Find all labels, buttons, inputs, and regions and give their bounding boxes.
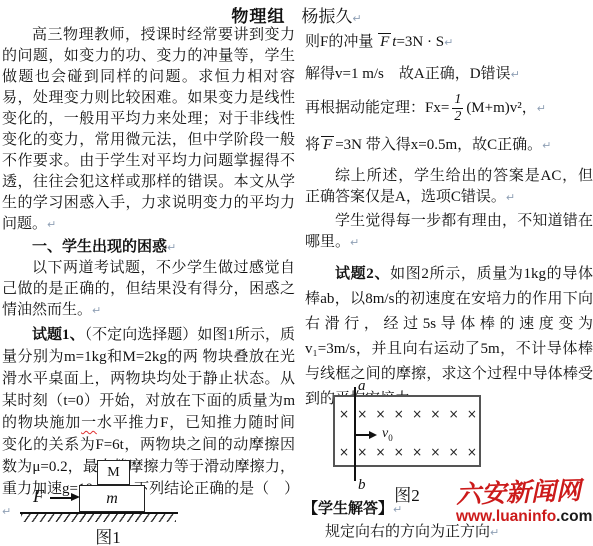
impulse-eq-pre: 则F的冲量: [305, 34, 373, 50]
paragraph-mark-icon: ↵: [542, 139, 551, 152]
fraction-one-half: 12: [452, 92, 463, 124]
paragraph-mark-icon: ↵: [393, 503, 402, 516]
solve-line: 解得v=1 m/s 故A正确，D错误↵: [305, 64, 593, 85]
figure2-cross-row-2: ××××××××: [339, 445, 477, 459]
left-column: 高三物理教师，授课时经常要讲到变力的问题，如变力的功、变力的冲量等，学生做题也会…: [2, 25, 295, 523]
field-cross-icon: ×: [339, 445, 349, 459]
field-cross-icon: ×: [376, 445, 386, 459]
velocity-subscript: 0: [388, 433, 393, 443]
section-heading-text: 一、学生出现的困惑: [32, 239, 167, 255]
section-heading: 一、学生出现的困惑↵: [2, 237, 295, 258]
paragraph-mark-icon: ↵: [47, 218, 56, 231]
field-cross-icon: ×: [449, 445, 459, 459]
watermark-url-dark: .com: [556, 508, 592, 525]
field-cross-icon: ×: [430, 407, 440, 421]
field-cross-icon: ×: [449, 407, 459, 421]
figure1-block-m-label: m: [106, 490, 118, 508]
title-group: 物理组: [231, 7, 285, 26]
problem1-wavy-char: 一: [81, 415, 97, 431]
right-column: 则F的冲量 Ft=3N · S↵ 解得v=1 m/s 故A正确，D错误↵ 再根据…: [305, 28, 593, 412]
student-feeling-text: 学生觉得每一步都有理由，不知道错在哪里。: [305, 213, 593, 250]
substitution-post: =3N 带入得x=0.5m，故C正确。: [335, 137, 542, 153]
paragraph-mark-icon: ↵: [350, 236, 359, 249]
figure1-block-M-label: M: [107, 465, 119, 481]
paragraph-mark-icon: ↵: [167, 241, 176, 254]
page-title: 物理组杨振久↵: [0, 2, 593, 27]
field-cross-icon: ×: [394, 407, 404, 421]
summary-paragraph: 综上所述，学生给出的答案是AC，但正确答案仅是A，选项C错误。↵: [305, 166, 593, 208]
summary-text: 综上所述，学生给出的答案是AC，但正确答案仅是A，选项C错误。: [305, 168, 593, 205]
paragraph-mark-icon: ↵: [444, 36, 453, 49]
document-page: 物理组杨振久↵ 高三物理教师，授课时经常要讲到变力的问题，如变力的功、变力的冲量…: [0, 0, 593, 546]
lead-in-paragraph: 以下两道考试题，不少学生做过感觉自己做的是正确的，但结果没有得分，困惑之情油然而…: [2, 258, 295, 321]
field-cross-icon: ×: [467, 445, 477, 459]
figure2-velocity-arrowhead-icon: [369, 431, 377, 439]
paragraph-mark-icon: ↵: [511, 68, 520, 81]
substitution-pre: 将: [305, 137, 320, 153]
fraction-denominator: 2: [452, 108, 463, 124]
field-cross-icon: ×: [467, 407, 477, 421]
figure1-force-arrowhead-icon: [71, 493, 80, 501]
figure1-caption: 图1: [78, 523, 138, 546]
field-cross-icon: ×: [394, 445, 404, 459]
figure1-force-label: F: [33, 486, 44, 507]
fraction-numerator: 1: [454, 92, 461, 107]
figure1-block-M: M: [97, 460, 130, 485]
title-author: 杨振久: [301, 7, 352, 26]
field-cross-icon: ×: [357, 407, 367, 421]
field-cross-icon: ×: [339, 407, 349, 421]
field-cross-icon: ×: [412, 407, 422, 421]
figure1-ground-hatching: [21, 514, 176, 522]
problem1-label: 试题1、: [32, 327, 85, 343]
field-cross-icon: ×: [357, 445, 367, 459]
paragraph-mark-icon: ↵: [352, 12, 361, 25]
paragraph-mark-icon: ↵: [490, 526, 499, 539]
ke-eq-pre: 再根据动能定理：Fx=: [305, 98, 449, 119]
student-answer-text: 规定向右的方向为正方向: [325, 524, 490, 540]
field-cross-icon: ×: [430, 445, 440, 459]
f-average-overbar: F: [321, 136, 334, 154]
paragraph-mark-icon: ↵: [537, 98, 546, 119]
watermark-site-name: 六安新闻网: [456, 477, 582, 511]
impulse-equation-line: 则F的冲量 Ft=3N · S↵: [305, 32, 593, 53]
solve-line-text: 解得v=1 m/s 故A正确，D错误: [305, 66, 511, 82]
ke-eq-post: (M+m)v²，: [466, 98, 536, 119]
impulse-eq-post: =3N · S: [396, 34, 444, 50]
substitution-line: 将F=3N 带入得x=0.5m，故C正确。↵: [305, 135, 593, 156]
student-answer-heading: 【学生解答】↵: [303, 497, 402, 518]
kinetic-energy-equation-line: 再根据动能定理：Fx=12(M+m)v²，↵: [305, 89, 593, 127]
figure1: M m F 图1: [18, 452, 280, 546]
student-answer-heading-text: 【学生解答】: [303, 501, 393, 517]
figure1-block-m: m: [79, 485, 145, 512]
intro-text: 高三物理教师，授课时经常要讲到变力的问题，如变力的功、变力的冲量等，学生做题也会…: [2, 27, 295, 232]
field-cross-icon: ×: [376, 407, 386, 421]
paragraph-mark-icon: ↵: [92, 304, 101, 317]
watermark: 六安新闻网 www.luaninfo.com: [456, 479, 593, 525]
paragraph-mark-icon: ↵: [2, 505, 11, 518]
intro-paragraph: 高三物理教师，授课时经常要讲到变力的问题，如变力的功、变力的冲量等，学生做题也会…: [2, 25, 295, 235]
watermark-url: www.luaninfo.com: [456, 509, 593, 525]
field-cross-icon: ×: [412, 445, 422, 459]
student-feeling-line: 学生觉得每一步都有理由，不知道错在哪里。↵: [305, 211, 593, 253]
paragraph-mark-icon: ↵: [506, 191, 515, 204]
figure2-label-a: a: [358, 378, 366, 395]
f-average-overbar: F: [378, 33, 391, 51]
lead-in-text: 以下两道考试题，不少学生做过感觉自己做的是正确的，但结果没有得分，困惑之情油然而…: [2, 260, 295, 318]
figure2-cross-row-1: ××××××××: [339, 407, 477, 421]
figure2-velocity-label: v0: [382, 426, 393, 443]
problem2-label: 试题2、: [335, 266, 390, 282]
